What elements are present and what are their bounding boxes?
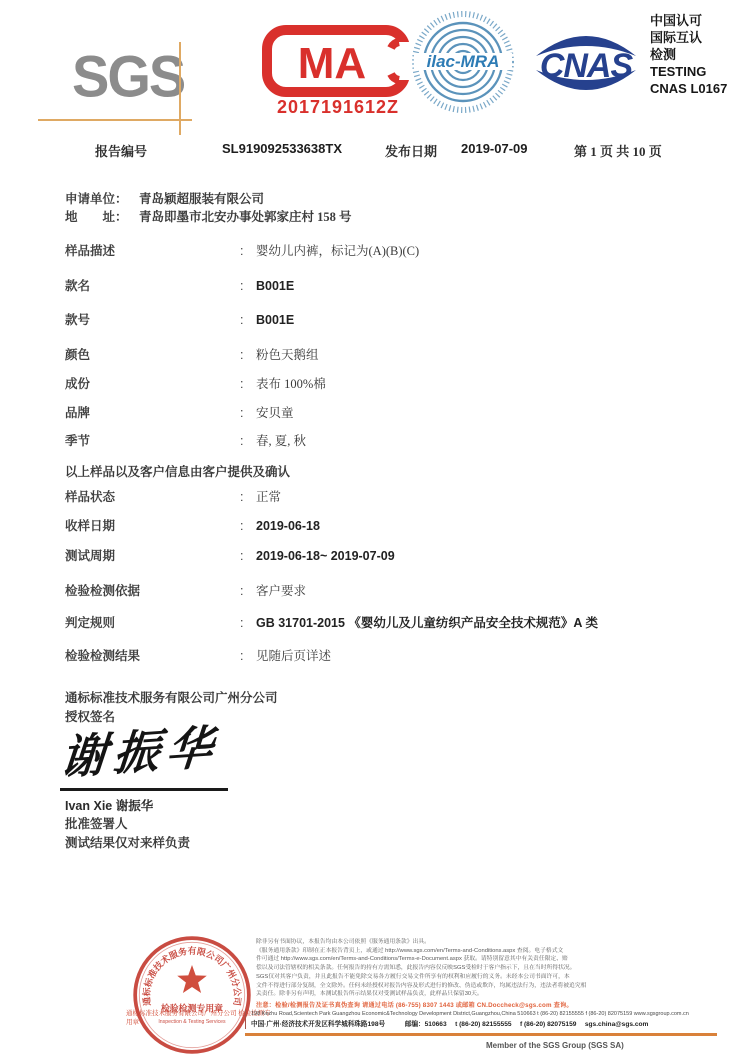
field-value: GB 31701-2015 《婴幼儿及儿童纺织产品安全技术规范》A 类 — [256, 616, 598, 630]
field-value: 表布 100%棉 — [256, 377, 326, 391]
sgs-group-membership: Member of the SGS Group (SGS SA) — [486, 1041, 624, 1050]
field-label: 判定规则 — [65, 616, 240, 631]
field-colon: : — [240, 406, 256, 421]
field-value: 春, 夏, 秋 — [256, 434, 306, 448]
cnas-accreditation-text: 中国认可 国际互认 检测 TESTING CNAS L0167 — [650, 12, 745, 97]
handwritten-signature: 谢振华 — [58, 710, 222, 788]
field-row-style-name: 款名:B001E — [65, 279, 705, 294]
applicant-value: 青岛颖超服装有限公司 — [139, 192, 264, 207]
field-label: 样品描述 — [65, 244, 240, 259]
field-label: 成份 — [65, 377, 240, 392]
field-value: 安贝童 — [256, 406, 294, 420]
applicant-label: 申请单位： — [65, 192, 128, 207]
terms-fineprint: 除非另有书面协议，本报告均由本公司依照《服务通用条款》出具。 《服务通用条款》印… — [256, 938, 718, 999]
field-colon: : — [240, 584, 256, 599]
field-row-test-result: 检验检测结果:见随后页详述 — [65, 649, 705, 664]
issue-date-value: 2019-07-09 — [461, 141, 528, 156]
issuing-company: 通标标准技术服务有限公司广州分公司 — [65, 688, 278, 706]
field-label: 季节 — [65, 434, 240, 449]
ilac-mra-logo-icon: ilac-MRA — [412, 5, 514, 119]
cnas-line: 检测 — [650, 46, 745, 63]
signer-name: Ivan Xie 谢振华 — [65, 796, 153, 814]
field-row-test-basis: 检验检测依据:客户要求 — [65, 584, 705, 599]
fineprint-line: SGS仅对其客户负责，并且此报告不能免除交易各方履行交易文件所享有的权利和应履行… — [256, 973, 718, 982]
cma-letters: MA — [298, 39, 366, 88]
cnas-line: 中国认可 — [650, 12, 745, 29]
client-provided-note: 以上样品以及客户信息由客户提供及确认 — [65, 462, 290, 480]
applicant-row: 申请单位： 青岛颖超服装有限公司 — [65, 192, 705, 207]
address-row: 地 址： 青岛即墨市北安办事处郭家庄村 158 号 — [65, 210, 705, 225]
field-colon: : — [240, 313, 256, 328]
field-label: 样品状态 — [65, 490, 240, 505]
cnas-letters: CNAS — [540, 47, 634, 85]
field-row-color: 颜色:粉色天鹅组 — [65, 348, 705, 363]
field-colon: : — [240, 348, 256, 363]
field-value: B001E — [256, 279, 294, 293]
fineprint-line: 《服务通用条款》印制在正本报告背页上，或通过 http://www.sgs.co… — [256, 947, 718, 956]
fineprint-line: 文件不得进行部分复制，全文除外。任何未经授权对报告内容及形式进行的修改、伪造或欺… — [256, 982, 718, 991]
fineprint-line: 偿以及司法管辖权的相关条款。任何报告的持有方需知悉，此报告内容仅反映SGS受检时… — [256, 964, 718, 973]
field-row-composition: 成份:表布 100%棉 — [65, 377, 705, 392]
address-english: 198 Kezhu Road,Scientech Park Guangzhou … — [251, 1010, 721, 1018]
fineprint-line: 关责任。除非另有声明，本测试报告所示结果仅对受测试样品负责，此样品只保留30天。 — [256, 990, 718, 999]
field-label: 检验检测结果 — [65, 649, 240, 664]
issue-date-label: 发布日期 — [385, 141, 437, 160]
field-colon: : — [240, 490, 256, 505]
field-colon: : — [240, 649, 256, 664]
cnas-logo-icon: CNAS — [526, 24, 646, 102]
field-row-sample-condition: 样品状态:正常 — [65, 490, 705, 505]
field-colon: : — [240, 519, 256, 534]
sgs-crosshair-vertical — [179, 42, 181, 135]
result-scope-note: 测试结果仅对来样负责 — [65, 833, 190, 851]
stamp-purpose-text: 检验检测专用章 — [161, 1003, 223, 1014]
field-value: B001E — [256, 313, 294, 327]
address-value: 青岛即墨市北安办事处郭家庄村 158 号 — [139, 210, 352, 225]
field-row-judgment-rule: 判定规则:GB 31701-2015 《婴幼儿及儿童纺织产品安全技术规范》A 类 — [65, 616, 705, 631]
address-block: 198 Kezhu Road,Scientech Park Guangzhou … — [245, 1010, 721, 1029]
cma-certificate-number: 2017191612Z — [256, 97, 420, 118]
field-colon: : — [240, 244, 256, 259]
field-value: 正常 — [256, 490, 281, 504]
cma-logo-icon: MA — [258, 22, 422, 100]
field-label: 品牌 — [65, 406, 240, 421]
stamp-star-icon — [177, 965, 207, 993]
field-row-received-date: 收样日期:2019-06-18 — [65, 519, 705, 534]
cnas-line: CNAS L0167 — [650, 80, 745, 97]
signature-underline — [60, 788, 228, 791]
field-row-brand: 品牌:安贝童 — [65, 406, 705, 421]
cnas-line: TESTING — [650, 63, 745, 80]
field-value: 婴幼儿内裤，标记为(A)(B)(C) — [256, 244, 419, 258]
ilac-mra-label: ilac-MRA — [427, 52, 500, 71]
field-label: 款名 — [65, 279, 240, 294]
field-value: 粉色天鹅组 — [256, 348, 319, 362]
fineprint-line: 件可通过 http://www.sgs.com/en/Terms-and-Con… — [256, 955, 718, 964]
page-indicator: 第 1 页 共 10 页 — [574, 141, 662, 160]
field-colon: : — [240, 377, 256, 392]
field-colon: : — [240, 279, 256, 294]
report-no-value: SL919092533638TX — [222, 141, 342, 156]
field-colon: : — [240, 434, 256, 449]
field-row-test-period: 测试周期:2019-06-18~ 2019-07-09 — [65, 549, 705, 564]
approver-title: 批准签署人 — [65, 814, 128, 832]
field-value: 客户要求 — [256, 584, 306, 598]
field-colon: : — [240, 549, 256, 564]
field-colon: : — [240, 616, 256, 631]
fineprint-line: 除非另有书面协议，本报告均由本公司依照《服务通用条款》出具。 — [256, 938, 718, 947]
field-label: 款号 — [65, 313, 240, 328]
field-value: 2019-06-18 — [256, 519, 320, 533]
field-row-season: 季节:春, 夏, 秋 — [65, 434, 705, 449]
field-label: 收样日期 — [65, 519, 240, 534]
company-seal-stamp: 通标标准技术服务有限公司广州分公司 检验检测专用章 Inspection & T… — [130, 933, 254, 1057]
field-label: 颜色 — [65, 348, 240, 363]
sgs-logo: SGS — [72, 42, 184, 110]
field-label: 检验检测依据 — [65, 584, 240, 599]
field-value: 见随后页详述 — [256, 649, 331, 663]
cnas-line: 国际互认 — [650, 29, 745, 46]
field-row-style-no: 款号:B001E — [65, 313, 705, 328]
field-label: 测试周期 — [65, 549, 240, 564]
stamp-english-text: Inspection & Testing Services — [158, 1019, 226, 1025]
sgs-crosshair-horizontal — [38, 119, 192, 121]
address-chinese: 中国·广州·经济技术开发区科学城科珠路198号 邮编：510663 t (86-… — [251, 1020, 721, 1029]
field-row-sample-description: 样品描述:婴幼儿内裤，标记为(A)(B)(C) — [65, 244, 705, 259]
address-label: 地 址： — [65, 210, 128, 225]
verification-notice: 注意：检验/检测报告及证书真伪查询 请通过电话 (86-755) 8307 14… — [256, 1000, 718, 1009]
field-value: 2019-06-18~ 2019-07-09 — [256, 549, 395, 563]
footer-divider-rule — [245, 1033, 717, 1036]
test-report-page: SGS MA 2017191612Z ilac-MRA CNAS 中国认可 国际… — [0, 0, 750, 1061]
report-no-label: 报告编号 — [95, 141, 147, 160]
